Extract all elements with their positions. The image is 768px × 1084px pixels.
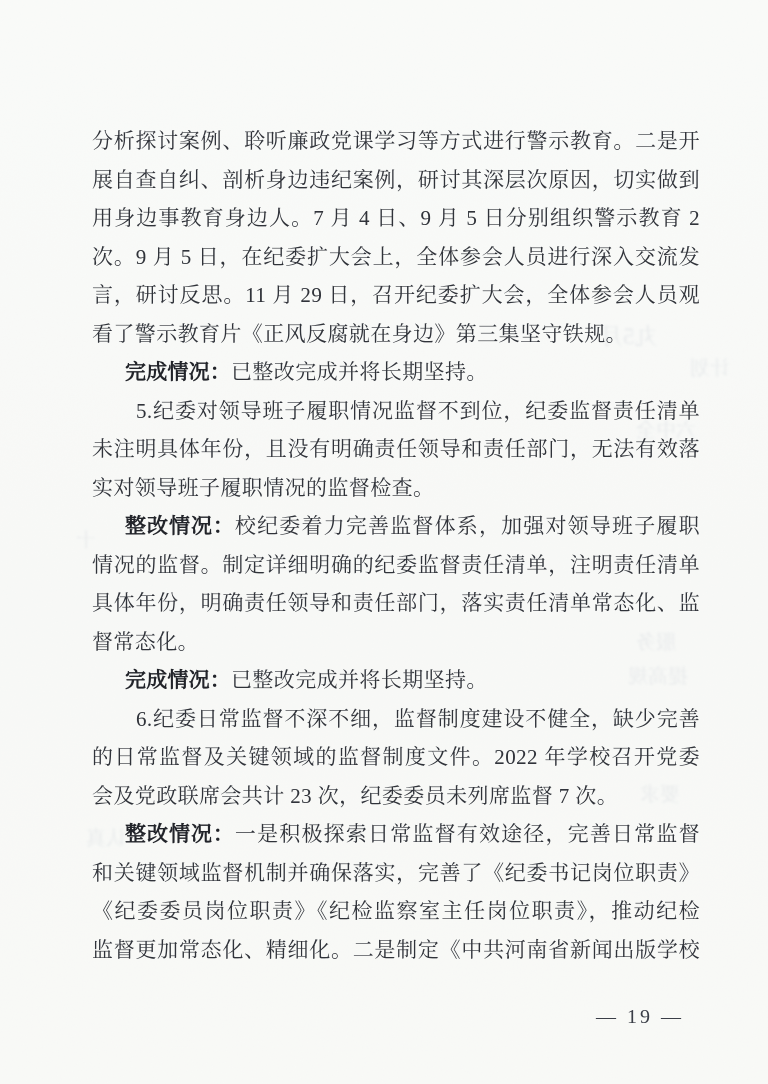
completion-status-label: 完成情况：: [125, 361, 231, 384]
completion-status-text: 已整改完成并将长期坚持。: [231, 360, 488, 384]
body-line: 的日常监督及关键领域的监督制度文件。2022 年学校召开党委: [92, 738, 700, 777]
body-line: 监督更加常态化、精细化。二是制定《中共河南省新闻出版学校: [92, 931, 700, 970]
body-line: 5.纪委对领导班子履职情况监督不到位，纪委监督责任清单: [92, 392, 700, 431]
body-line: 看了警示教育片《正风反腐就在身边》第三集坚守铁规。: [92, 315, 700, 354]
body-line: 分析探讨案例、聆听廉政党课学习等方式进行警示教育。二是开: [92, 122, 700, 161]
body-line: 6.纪委日常监督不深不细，监督制度建设不健全，缺少完善: [92, 700, 700, 739]
body-line: 和关键领域监督机制并确保落实，完善了《纪委书记岗位职责》: [92, 854, 700, 893]
rectification-first-line: 一是积极探索日常监督有效途径，完善日常监督: [235, 822, 700, 846]
body-line: 用身边事教育身边人。7 月 4 日、9 月 5 日分别组织警示教育 2: [92, 199, 700, 238]
page-number: — 19 —: [0, 1006, 768, 1029]
paragraph-issue-6: 6.纪委日常监督不深不细，监督制度建设不健全，缺少完善 的日常监督及关键领域的监…: [92, 700, 700, 816]
paragraph-rectification-6: 整改情况：一是积极探索日常监督有效途径，完善日常监督 和关键领域监督机制并确保落…: [92, 815, 700, 969]
rectification-status-label: 整改情况：: [125, 823, 235, 846]
paragraph-completion-status: 完成情况：已整改完成并将长期坚持。: [92, 661, 700, 700]
scanned-document-page: 丸5月 六中全 十 服务 提高规 要求 认真 计划 分析探讨案例、聆听廉政党课学…: [0, 0, 768, 1084]
body-line: 整改情况：校纪委着力完善监督体系，加强对领导班子履职: [92, 507, 700, 546]
body-line: 言，研讨反思。11 月 29 日，召开纪委扩大会，全体参会人员观: [92, 276, 700, 315]
body-line: 情况的监督。制定详细明确的纪委监督责任清单，注明责任清单: [92, 546, 700, 585]
paragraph-completion-status: 完成情况：已整改完成并将长期坚持。: [92, 353, 700, 392]
rectification-first-line: 校纪委着力完善监督体系，加强对领导班子履职: [235, 514, 700, 538]
body-line: 具体年份，明确责任领导和责任部门，落实责任清单常态化、监: [92, 584, 700, 623]
completion-status-text: 已整改完成并将长期坚持。: [231, 668, 488, 692]
body-line: 《纪委委员岗位职责》《纪检监察室主任岗位职责》，推动纪检: [92, 892, 700, 931]
body-line: 未注明具体年份，且没有明确责任领导和责任部门，无法有效落: [92, 430, 700, 469]
body-line: 督常态化。: [92, 623, 700, 662]
paragraph-warning-education: 分析探讨案例、聆听廉政党课学习等方式进行警示教育。二是开 展自查自纠、剖析身边违…: [92, 122, 700, 353]
body-line: 实对领导班子履职情况的监督检查。: [92, 469, 700, 508]
document-body: 分析探讨案例、聆听廉政党课学习等方式进行警示教育。二是开 展自查自纠、剖析身边违…: [92, 122, 700, 969]
completion-status-label: 完成情况：: [125, 669, 231, 692]
body-line: 整改情况：一是积极探索日常监督有效途径，完善日常监督: [92, 815, 700, 854]
body-line: 次。9 月 5 日，在纪委扩大会上，全体参会人员进行深入交流发: [92, 238, 700, 277]
body-line: 展自查自纠、剖析身边违纪案例，研讨其深层次原因，切实做到: [92, 161, 700, 200]
paragraph-rectification-5: 整改情况：校纪委着力完善监督体系，加强对领导班子履职 情况的监督。制定详细明确的…: [92, 507, 700, 661]
body-line: 会及党政联席会共计 23 次，纪委委员未列席监督 7 次。: [92, 777, 700, 816]
paragraph-issue-5: 5.纪委对领导班子履职情况监督不到位，纪委监督责任清单 未注明具体年份，且没有明…: [92, 392, 700, 508]
body-line: 完成情况：已整改完成并将长期坚持。: [92, 661, 700, 700]
rectification-status-label: 整改情况：: [125, 515, 235, 538]
body-line: 完成情况：已整改完成并将长期坚持。: [92, 353, 700, 392]
